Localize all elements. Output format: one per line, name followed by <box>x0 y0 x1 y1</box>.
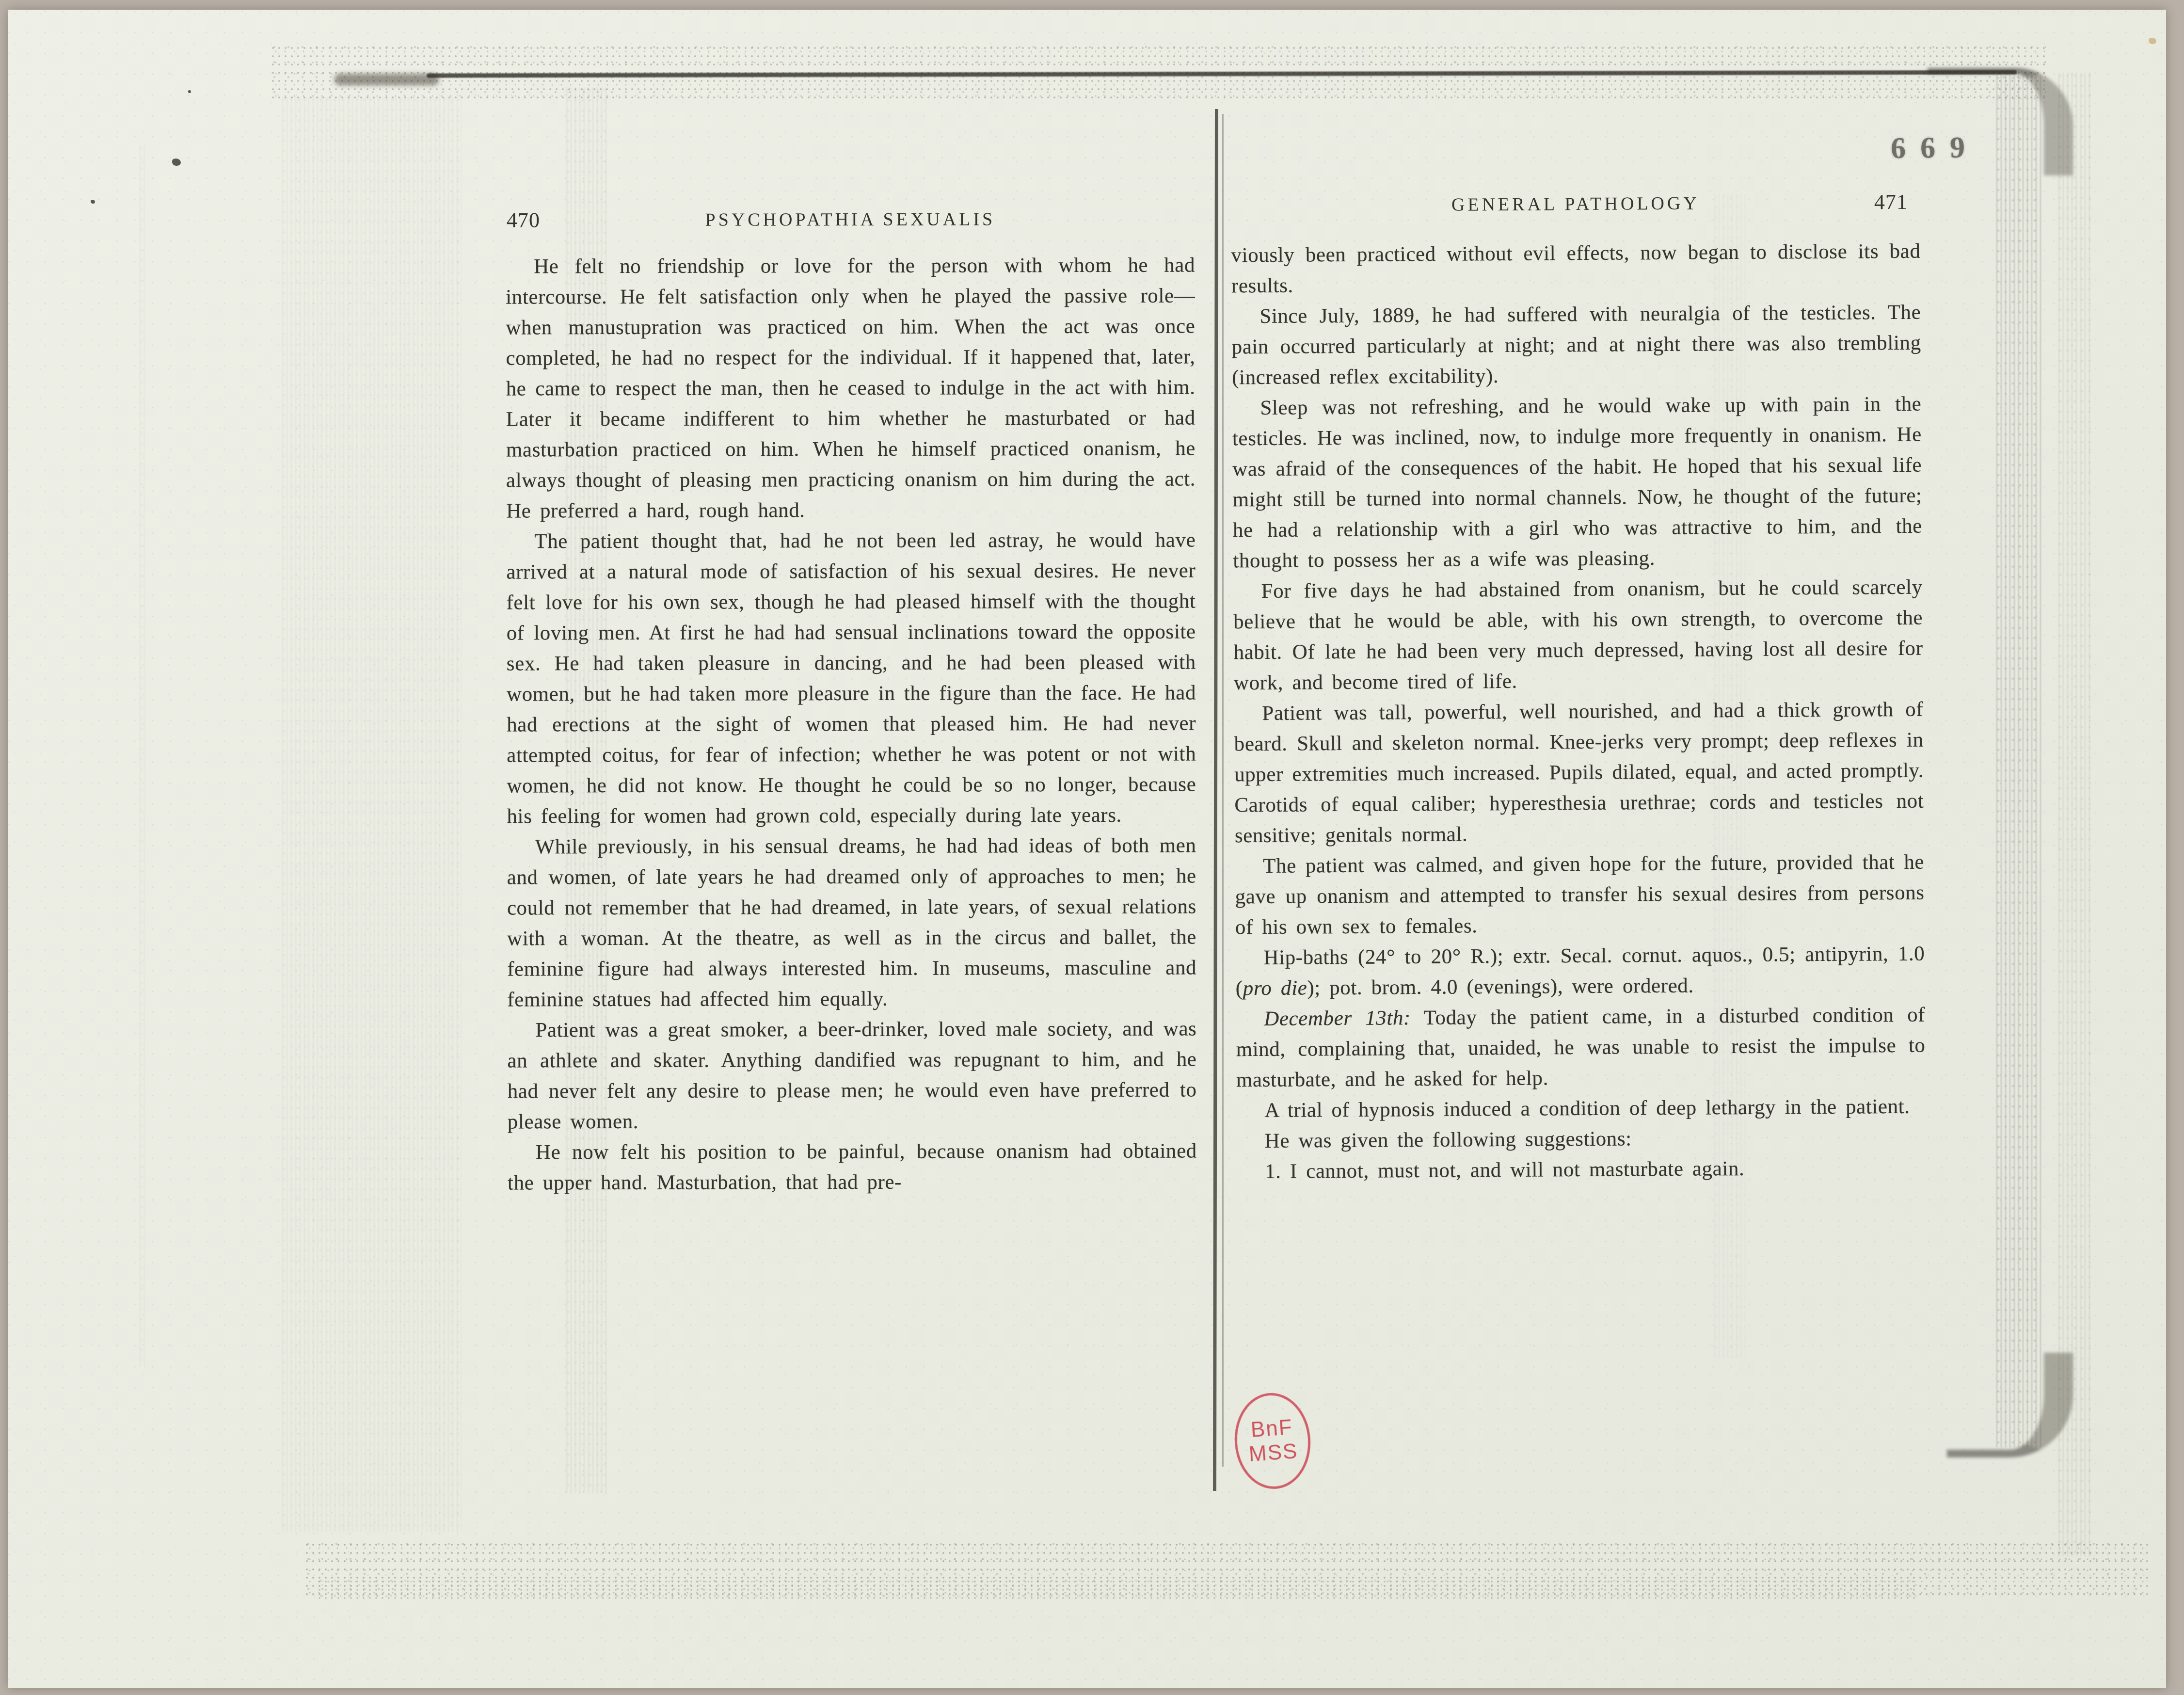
paragraph: The patient was calmed, and given hope f… <box>1235 847 1925 943</box>
photocopy-right-edge-band <box>1996 75 2041 1447</box>
paragraph: While previously, in his sensual dreams,… <box>507 831 1197 1015</box>
photocopy-bottom-smudge <box>305 1543 2148 1596</box>
scanned-book-spread: { "scan": { "folio_stamp": "669", "libra… <box>0 0 2184 1695</box>
paragraph: Sleep was not refreshing, and he would w… <box>1232 389 1922 576</box>
photocopy-top-edge-line <box>427 70 2017 78</box>
right-page: GENERAL PATHOLOGY 471 viously been pract… <box>1231 189 1927 1187</box>
scanner-streak <box>282 97 462 1532</box>
stamp-line-mss: MSS <box>1248 1439 1299 1466</box>
prescription-text-end: ); pot. brom. 4.0 (evenings), were order… <box>1307 975 1694 1000</box>
photocopy-bottom-smudge-2 <box>318 1580 1918 1600</box>
scanner-streak <box>140 145 148 1367</box>
photocopy-top-lead-smudge <box>335 74 439 85</box>
running-title-left: PSYCHOPATHIA SEXUALIS <box>506 208 1195 231</box>
paragraph: He felt no friendship or love for the pe… <box>506 250 1196 527</box>
right-page-header: GENERAL PATHOLOGY 471 <box>1231 189 1920 218</box>
paper-sheet: 669 470 PSYCHOPATHIA SEXUALIS He felt no… <box>8 10 2166 1688</box>
paragraph: Patient was tall, powerful, well nourish… <box>1234 694 1924 851</box>
paragraph: The patient thought that, had he not bee… <box>506 525 1196 832</box>
paragraph: viously been practiced without evil effe… <box>1231 236 1921 302</box>
paragraph: For five days he had abstained from onan… <box>1233 572 1924 699</box>
paragraph: A trial of hypnosis induced a condition … <box>1236 1091 1926 1126</box>
bnf-mss-stamp: BnF MSS <box>1231 1391 1313 1491</box>
paragraph: 1. I cannot, must not, and will not mast… <box>1237 1152 1926 1187</box>
prescription-latin-italic: pro die <box>1243 976 1307 1000</box>
scanner-streak <box>2058 73 2092 1556</box>
left-page-header: 470 PSYCHOPATHIA SEXUALIS <box>506 206 1195 232</box>
paper-speck <box>172 159 181 166</box>
folio-number-stamp: 669 <box>1891 130 1980 166</box>
paragraph: Since July, 1889, he had suffered with n… <box>1231 297 1921 393</box>
page-gutter-shadow <box>1213 109 1218 1491</box>
paragraph-prescription: Hip-baths (24° to 20° R.); extr. Secal. … <box>1235 939 1925 1004</box>
paragraph: He now felt his position to be painful, … <box>508 1136 1197 1199</box>
left-page-text: He felt no friendship or love for the pe… <box>506 250 1197 1199</box>
paper-speck <box>2149 38 2156 44</box>
paragraph: He was given the following suggestions: <box>1237 1122 1926 1157</box>
paper-speck <box>188 90 191 93</box>
stamp-line-bnf: BnF <box>1250 1416 1293 1442</box>
photocopy-corner-bottom-right <box>1947 1353 2073 1457</box>
paragraph: Patient was a great smoker, a beer-drink… <box>507 1014 1197 1137</box>
entry-date-italic: December 13th: <box>1264 1007 1411 1030</box>
page-gutter-shadow-2 <box>1222 114 1224 1467</box>
running-title-right: GENERAL PATHOLOGY <box>1231 192 1920 217</box>
paper-speck <box>91 200 95 204</box>
photocopy-top-smudge <box>271 46 2046 104</box>
page-number-right: 471 <box>1874 190 1908 214</box>
paragraph-december-entry: December 13th: Today the patient came, i… <box>1236 1000 1926 1096</box>
left-page: 470 PSYCHOPATHIA SEXUALIS He felt no fri… <box>506 206 1197 1199</box>
right-page-text: viously been practiced without evil effe… <box>1231 236 1926 1187</box>
